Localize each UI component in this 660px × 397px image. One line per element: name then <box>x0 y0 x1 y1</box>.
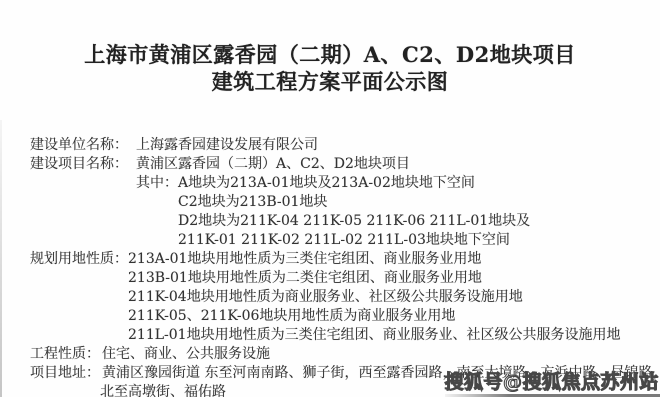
plot-c2-detail-text: C2地块为213B-01地块 <box>178 194 327 210</box>
plot-c2-row: C2地块为213B-01地块 <box>0 193 660 212</box>
land-use-211k05-text: 211K-05、211K-06地块用地性质为商业服务业用地 <box>128 308 455 324</box>
construction-unit-label: 建设单位名称： <box>30 137 128 153</box>
project-nature-label: 工程性质： <box>30 346 100 362</box>
project-name-label: 建设项目名称： <box>30 156 128 172</box>
scan-edge-artifact <box>0 120 2 397</box>
page-title-line1: 上海市黄浦区露香园（二期）A、C2、D2地块项目 <box>0 41 660 68</box>
plot-d2-continued-text: 211K-01 211K-02 211L-02 211L-03地块地下空间 <box>178 232 510 248</box>
page-title-line2: 建筑工程方案平面公示图 <box>0 68 660 95</box>
project-name-note-row: 其中：A地块为213A-01地块及213A-02地块地下空间 <box>0 174 660 193</box>
project-nature-row: 工程性质：住宅、商业、公共服务设施 <box>0 345 660 364</box>
land-use-213b-row: 213B-01地块用地性质为二类住宅组团、商业服务业用地 <box>0 269 660 288</box>
project-name-row: 建设项目名称：黄浦区露香园（二期）A、C2、D2地块项目 <box>0 155 660 174</box>
plot-d2-row: D2地块为211K-04 211K-05 211K-06 211L-01地块及 <box>0 212 660 231</box>
planned-land-use-row: 规划用地性质：213A-01地块用地性质为三类住宅组团、商业服务业用地 <box>0 250 660 269</box>
land-use-213a-text: 213A-01地块用地性质为三类住宅组团、商业服务业用地 <box>128 251 481 267</box>
plot-a-detail-text: 其中：A地块为213A-01地块及213A-02地块地下空间 <box>136 175 475 191</box>
land-use-213b-text: 213B-01地块用地性质为二类住宅组团、商业服务业用地 <box>128 270 482 286</box>
document-body: 建设单位名称：上海露香园建设发展有限公司 建设项目名称：黄浦区露香园（二期）A、… <box>0 136 660 397</box>
document-title: 上海市黄浦区露香园（二期）A、C2、D2地块项目 建筑工程方案平面公示图 <box>0 0 660 95</box>
construction-unit-value: 上海露香园建设发展有限公司 <box>136 137 318 153</box>
land-use-211k05-row: 211K-05、211K-06地块用地性质为商业服务业用地 <box>0 307 660 326</box>
sohu-watermark: 搜狐号@搜狐焦点苏州站 <box>444 367 659 394</box>
project-nature-value: 住宅、商业、公共服务设施 <box>102 346 270 362</box>
land-use-211k04-text: 211K-04地块用地性质为商业服务业、社区级公共服务设施用地 <box>128 289 523 305</box>
project-address-label: 项目地址： <box>30 365 100 381</box>
planned-land-use-label: 规划用地性质： <box>30 251 128 267</box>
project-address-continued-text: 北至高墩街、福佑路 <box>100 384 226 397</box>
construction-unit-row: 建设单位名称：上海露香园建设发展有限公司 <box>0 136 660 155</box>
project-name-value: 黄浦区露香园（二期）A、C2、D2地块项目 <box>136 156 410 172</box>
plot-d2-detail-text: D2地块为211K-04 211K-05 211K-06 211L-01地块及 <box>178 213 530 229</box>
land-use-211l01-row: 211L-01地块用地性质为三类住宅组团、商业服务业、社区级公共服务设施用地 <box>0 326 660 345</box>
land-use-211l01-text: 211L-01地块用地性质为三类住宅组团、商业服务业、社区级公共服务设施用地 <box>128 327 621 343</box>
plot-d2-continued-row: 211K-01 211K-02 211L-02 211L-03地块地下空间 <box>0 231 660 250</box>
notice-document-page: 上海市黄浦区露香园（二期）A、C2、D2地块项目 建筑工程方案平面公示图 建设单… <box>0 0 660 397</box>
land-use-211k04-row: 211K-04地块用地性质为商业服务业、社区级公共服务设施用地 <box>0 288 660 307</box>
